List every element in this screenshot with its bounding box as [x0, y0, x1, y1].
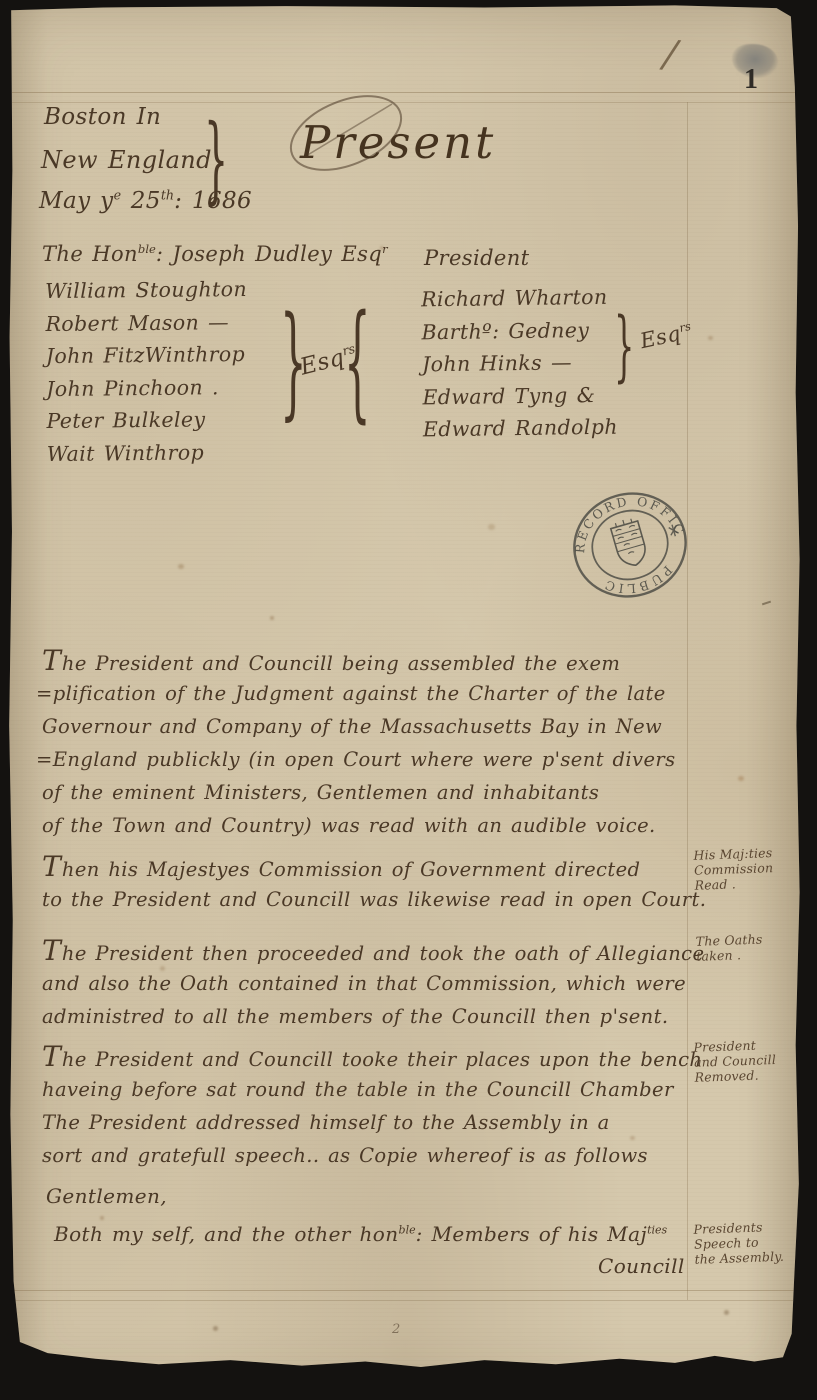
manuscript-line: The President addressed himself to the A…: [42, 1106, 702, 1139]
foxing-spot: [213, 1326, 218, 1331]
right-names-brace-open: {: [344, 288, 371, 435]
foxing-spot: [100, 1216, 104, 1220]
printed-folio-number: 1: [744, 64, 758, 96]
esq-base: Esq: [638, 321, 683, 353]
margin-note-line: taken .: [696, 945, 800, 964]
councillor-names-left: William Stoughton Robert Mason — John Fi…: [45, 273, 249, 470]
paragraph-2: Then his Majestyes Commission of Governm…: [42, 850, 706, 916]
margin-note-line: Read .: [694, 874, 798, 893]
manuscript-line: of the Town and Country) was read with a…: [42, 809, 676, 842]
manuscript-line: =England publickly (in open Court where …: [36, 743, 676, 776]
heading-date: May ye 25th: 1686: [39, 188, 252, 214]
manuscript-line: The President and Councill being assembl…: [42, 644, 676, 677]
hon-part: The Hon: [42, 242, 138, 266]
date-sup: th: [161, 187, 174, 202]
bottom-stray-mark: 2: [392, 1322, 401, 1337]
councillor-name: William Stoughton: [45, 273, 247, 308]
manuscript-line: Governour and Company of the Massachuset…: [42, 710, 676, 743]
heading-place-line2: New England: [41, 146, 212, 174]
date-sup: e: [114, 187, 121, 202]
councillor-name: Edward Tyng &: [422, 378, 617, 413]
heading-title: Present: [300, 116, 496, 169]
councillor-name: Barthº: Gedney: [421, 313, 616, 348]
councillor-name: Edward Randolph: [423, 411, 618, 446]
right-names-brace-close: }: [614, 300, 634, 391]
manuscript-line: haveing before sat round the table in th…: [42, 1073, 702, 1106]
date-part: May y: [39, 188, 114, 214]
foxing-spot: [724, 1310, 729, 1315]
date-part: : 1686: [174, 188, 252, 214]
speech-part: Both my self, and the other hon: [54, 1222, 399, 1246]
foxing-spot: [708, 336, 713, 340]
hon-part: : Joseph Dudley Esq: [156, 242, 382, 266]
councillor-name: John FitzWinthrop: [46, 338, 248, 373]
margin-note-line: the Assembly.: [694, 1248, 798, 1267]
salutation: Gentlemen,: [46, 1184, 167, 1208]
date-part: 25: [121, 188, 161, 214]
councillor-name: Richard Wharton: [421, 281, 616, 316]
councillor-name: John Pinchoon .: [46, 370, 248, 405]
foxing-spot: [488, 524, 495, 530]
catchword: Councill: [598, 1254, 685, 1278]
bottom-rule-2: [8, 1300, 798, 1301]
manuscript-line: administred to all the members of the Co…: [42, 1000, 704, 1033]
hon-line: The Honble: Joseph Dudley Esqr: [42, 242, 388, 266]
foxing-spot: [738, 776, 744, 781]
hon-sup: ble: [138, 242, 156, 256]
foxing-spot: [270, 616, 274, 620]
foxing-spot: [630, 1136, 635, 1140]
heading-place-line1: Boston In: [44, 104, 161, 130]
councillor-name: Peter Bulkeley: [46, 403, 248, 438]
paragraph-1: The President and Councill being assembl…: [42, 644, 676, 842]
manuscript-photo: { "page": { "printed_folio": "1", "folio…: [0, 0, 817, 1400]
manuscript-line: sort and gratefull speech.. as Copie whe…: [42, 1139, 702, 1172]
margin-note-commission-read: His Maj:ties Commission Read .: [693, 844, 799, 893]
right-esq-label: Esqrs: [638, 319, 694, 353]
councillor-name: Robert Mason —: [45, 305, 247, 340]
manuscript-line: The President and Councill tooke their p…: [42, 1040, 702, 1073]
manuscript-line: to the President and Councill was likewi…: [42, 883, 706, 916]
speech-opening-line: Both my self, and the other honble: Memb…: [54, 1222, 667, 1246]
manuscript-line: and also the Oath contained in that Comm…: [42, 967, 704, 1000]
stamp-crest: [609, 516, 649, 569]
margin-note-line: Removed.: [694, 1066, 798, 1085]
manuscript-line: of the eminent Ministers, Gentlemen and …: [42, 776, 676, 809]
margin-note-oaths-taken: The Oaths taken .: [696, 930, 801, 964]
manuscript-line: The President then proceeded and took th…: [42, 934, 704, 967]
handwritten-folio-mark: /: [662, 31, 680, 76]
margin-note-council-removed: President and Councill Removed.: [693, 1036, 799, 1085]
president-label: President: [424, 246, 530, 270]
councillor-name: John Hinks —: [422, 346, 617, 381]
foxing-spot: [178, 564, 184, 569]
manuscript-line: =plification of the Judgment against the…: [36, 677, 676, 710]
speech-part: : Members of his Maj: [416, 1222, 648, 1246]
foxing-spot: [380, 246, 384, 250]
paragraph-3: The President then proceeded and took th…: [42, 934, 704, 1033]
councillor-name: Wait Winthrop: [47, 435, 249, 470]
manuscript-line: Then his Majestyes Commission of Governm…: [42, 850, 706, 883]
margin-note-presidents-speech: Presidents Speech to the Assembly.: [693, 1218, 799, 1267]
stray-mark: [762, 601, 771, 606]
speech-sup: ties: [647, 1223, 667, 1236]
foxing-spot: [160, 966, 165, 971]
public-record-office-stamp: RECORD OFFICE PUBLIC: [555, 475, 705, 615]
speech-sup: ble: [399, 1223, 416, 1236]
esq-sup: rs: [678, 319, 692, 335]
bottom-rule-1: [10, 1290, 796, 1291]
councillor-names-right: Richard Wharton Barthº: Gedney John Hink…: [421, 281, 618, 446]
paragraph-4: The President and Councill tooke their p…: [42, 1040, 702, 1172]
manuscript-page: / 1 Boston In New England } May ye 25th:…: [8, 4, 802, 1392]
